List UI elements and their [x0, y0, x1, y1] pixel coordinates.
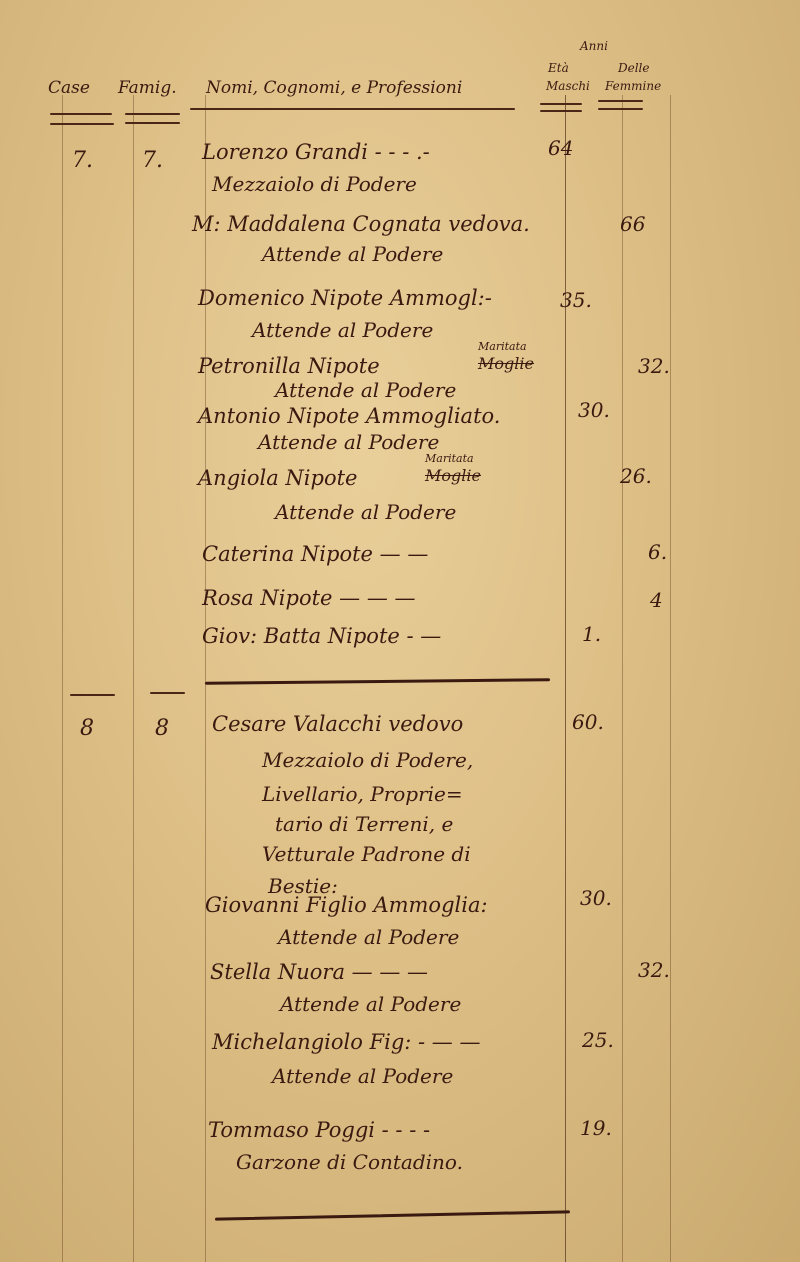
- member-name: Michelangiolo Fig: - — —: [212, 1030, 480, 1054]
- male-age: 1.: [582, 622, 601, 646]
- member-name: Petronilla Nipote: [198, 354, 380, 378]
- male-age: 19.: [580, 1116, 612, 1140]
- female-age: 6.: [648, 540, 667, 564]
- famiglia-separator: [150, 692, 185, 694]
- header-maschi: Maschi: [546, 80, 590, 92]
- header-delle: Delle: [618, 62, 650, 74]
- header-underline: [598, 100, 643, 102]
- member-name: Cesare Valacchi vedovo: [212, 712, 463, 736]
- header-underline: [190, 108, 515, 110]
- header-underline: [540, 103, 582, 105]
- header-underline: [540, 110, 582, 112]
- struck-text: Moglie: [425, 466, 481, 485]
- header-underline: [125, 122, 180, 124]
- header-underline: [125, 113, 180, 115]
- member-name: Lorenzo Grandi - - - .-: [202, 140, 430, 164]
- member-name: Antonio Nipote Ammogliato.: [198, 404, 500, 428]
- column-rule: [62, 95, 63, 1262]
- member-occupation-line: Vetturale Padrone di: [262, 842, 471, 866]
- household-separator: [205, 678, 550, 685]
- header-nomi-cognomi-professioni: Nomi, Cognomi, e Professioni: [206, 78, 462, 98]
- header-femmine: Femmine: [605, 80, 661, 92]
- census-register-page: Case Famig. Nomi, Cognomi, e Professioni…: [0, 0, 800, 1262]
- header-underline: [50, 113, 112, 115]
- column-rule: [670, 95, 671, 1262]
- member-occupation: Attende al Podere: [272, 1064, 453, 1088]
- member-occupation: Attende al Podere: [278, 925, 459, 949]
- header-underline: [50, 123, 114, 125]
- member-name: Domenico Nipote Ammogl:-: [198, 286, 492, 310]
- member-name: Angiola Nipote: [198, 466, 357, 490]
- struck-text: Moglie: [478, 354, 534, 373]
- member-name: Rosa Nipote — — —: [202, 586, 416, 610]
- casa-separator: [70, 694, 115, 696]
- casa-number: 8: [80, 716, 94, 741]
- member-occupation-line: Mezzaiolo di Podere,: [262, 748, 473, 772]
- female-age: 32.: [638, 354, 670, 378]
- member-occupation: Attende al Podere: [280, 992, 461, 1016]
- name-correction: Maritata: [425, 452, 474, 465]
- famiglia-number: 8: [155, 716, 169, 741]
- header-famiglie: Famig.: [118, 78, 177, 98]
- household-end-separator: [215, 1210, 570, 1220]
- male-age: 25.: [582, 1028, 614, 1052]
- header-underline: [598, 108, 643, 110]
- male-age: 30.: [578, 398, 610, 422]
- male-age: 35.: [560, 288, 592, 312]
- female-age: 4: [650, 588, 663, 612]
- member-name: Tommaso Poggi - - - -: [208, 1118, 430, 1142]
- member-occupation: Attende al Podere: [252, 318, 433, 342]
- male-age: 30.: [580, 886, 612, 910]
- member-occupation: Attende al Podere: [275, 378, 456, 402]
- member-occupation-line: tario di Terreni, e: [275, 812, 453, 836]
- member-occupation: Mezzaiolo di Podere: [212, 172, 417, 196]
- member-occupation: Attende al Podere: [258, 430, 439, 454]
- member-name: Giov: Batta Nipote - —: [202, 624, 441, 648]
- member-name: Caterina Nipote — —: [202, 542, 428, 566]
- member-occupation: Attende al Podere: [262, 242, 443, 266]
- female-age: 26.: [620, 464, 652, 488]
- header-eta: Età: [548, 62, 569, 74]
- column-rule: [565, 95, 566, 1262]
- female-age: 32.: [638, 958, 670, 982]
- column-rule: [622, 95, 623, 1262]
- member-occupation: Garzone di Contadino.: [236, 1150, 463, 1174]
- male-age: 60.: [572, 710, 604, 734]
- column-rule: [205, 95, 206, 1262]
- column-rule: [133, 95, 134, 1262]
- female-age: 66: [620, 212, 645, 236]
- header-anni: Anni: [580, 40, 608, 52]
- name-correction: Maritata: [478, 340, 527, 353]
- member-occupation: Attende al Podere: [275, 500, 456, 524]
- famiglia-number: 7.: [142, 148, 163, 173]
- member-name: M: Maddalena Cognata vedova.: [192, 212, 530, 236]
- member-occupation-line: Livellario, Proprie=: [262, 782, 463, 806]
- header-casa: Case: [48, 78, 90, 98]
- male-age: 64: [548, 136, 573, 160]
- casa-number: 7.: [72, 148, 93, 173]
- member-name: Stella Nuora — — —: [210, 960, 428, 984]
- member-name: Giovanni Figlio Ammoglia:: [205, 893, 488, 917]
